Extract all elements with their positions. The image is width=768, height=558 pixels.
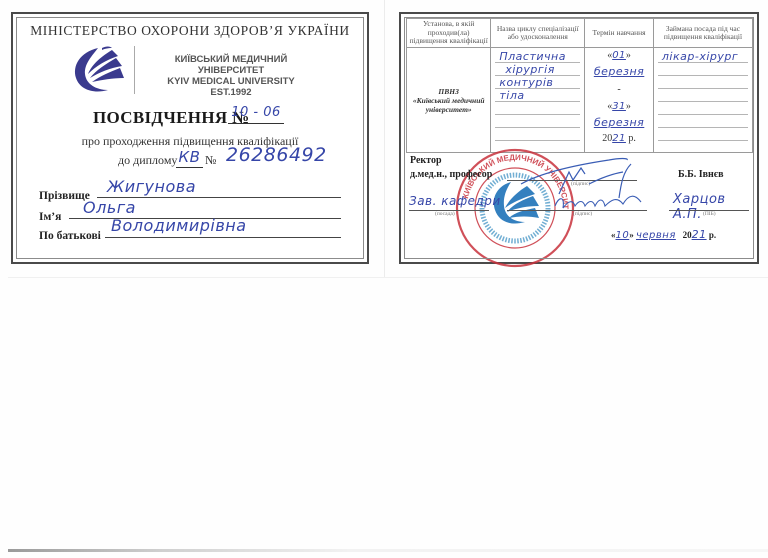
number-sign: № (205, 153, 216, 168)
surname-value: Жигунова (107, 177, 196, 196)
course-table: Установа, в якій проходив(ла) підвищення… (406, 18, 753, 153)
diploma-label: до диплому (118, 153, 177, 168)
issue-date: «10» червня 2021 р. (611, 228, 716, 241)
institution-abbr: ПВНЗ (407, 87, 490, 96)
sheet-edge (8, 277, 768, 278)
header-institution: Установа, в якій проходив(ла) підвищення… (407, 19, 491, 48)
position-cell: лікар-хірург (653, 48, 752, 153)
end-month: березня (585, 116, 653, 129)
term-cell: «01» березня - «31» березня 2021 р. (585, 48, 654, 153)
issue-year-suffix: 21 (692, 228, 707, 241)
logo-divider (134, 46, 135, 94)
rector-name: Б.Б. Івнєв (678, 169, 724, 180)
course-table-header: Установа, в якій проходив(ла) підвищення… (407, 19, 753, 48)
end-day-row: «31» (585, 101, 653, 112)
end-day: 31 (612, 101, 626, 112)
ministry-heading: МІНІСТЕРСТВО ОХОРОНИ ЗДОРОВ’Я УКРАЇНИ (13, 23, 367, 39)
sheet-fold (384, 0, 385, 278)
university-name-block: КИЇВСЬКИЙ МЕДИЧНИЙ УНІВЕРСИТЕТ KYIV MEDI… (141, 54, 321, 98)
header-term: Термін навчання (585, 19, 654, 48)
header-position: Займана посада під час підвищення кваліф… (653, 19, 752, 48)
issue-year-unit: р. (709, 230, 716, 240)
year-suffix: 21 (612, 133, 626, 144)
course-name-cell: Пластична хірургія контурів тіла (491, 48, 585, 153)
course-name-line: контурів (499, 76, 553, 89)
certificate-number: 10 - 06 (228, 105, 284, 124)
institution-cell: ПВНЗ «Київський медичний університет» (407, 48, 491, 153)
head-signature-icon (551, 190, 651, 214)
diploma-series: КВ (176, 148, 203, 168)
first-name-label: Ім’я (39, 211, 61, 223)
scan-bottom-edge (8, 549, 768, 552)
term-separator: - (585, 84, 653, 95)
patronymic-label: По батькові (39, 230, 101, 242)
table-row: ПВНЗ «Київський медичний університет» Пл… (407, 48, 753, 153)
institution-name: «Київський медичний університет» (407, 96, 490, 114)
wing-logo-icon (68, 44, 126, 96)
first-name-value: Ольга (83, 198, 136, 217)
certificate-front-page: МІНІСТЕРСТВО ОХОРОНИ ЗДОРОВ’Я УКРАЇНИ КИ… (11, 12, 369, 264)
diploma-number: 26286492 (226, 144, 327, 166)
university-name-en: KYIV MEDICAL UNIVERSITY (141, 76, 321, 87)
start-day-row: «01» (585, 50, 653, 61)
issue-year-prefix: 20 (683, 230, 692, 240)
course-name-line: хірургія (505, 63, 555, 76)
course-name-line: Пластична (499, 50, 566, 63)
issue-day: 10 (616, 230, 630, 241)
university-established: EST.1992 (141, 87, 321, 98)
year-unit: р. (628, 133, 636, 144)
head-name: Харцов А.П. (673, 192, 757, 222)
university-name-uk: КИЇВСЬКИЙ МЕДИЧНИЙ УНІВЕРСИТЕТ (141, 54, 321, 76)
course-name-line: тіла (499, 89, 524, 102)
certificate-back-page: Установа, в якій проходив(ла) підвищення… (399, 12, 759, 264)
rector-degree: д.мед.н., професор (410, 169, 492, 180)
start-month: березня (585, 65, 653, 78)
issue-month: червня (636, 230, 676, 241)
start-day: 01 (612, 50, 626, 61)
head-position: Зав. кафедри (409, 194, 501, 208)
year-prefix: 20 (602, 133, 612, 144)
header-course-name: Назва циклу спеціалізації або удосконале… (491, 19, 585, 48)
patronymic-value: Володимирівна (111, 216, 247, 235)
head-name-caption: (ПІБ) (703, 211, 716, 217)
position-value: лікар-хірург (662, 50, 738, 63)
term-year: 2021 р. (585, 133, 653, 144)
head-position-caption: (посада) (435, 211, 455, 217)
rector-title: Ректор (410, 155, 442, 166)
certificate-title: ПОСВІДЧЕННЯ № (93, 108, 249, 128)
